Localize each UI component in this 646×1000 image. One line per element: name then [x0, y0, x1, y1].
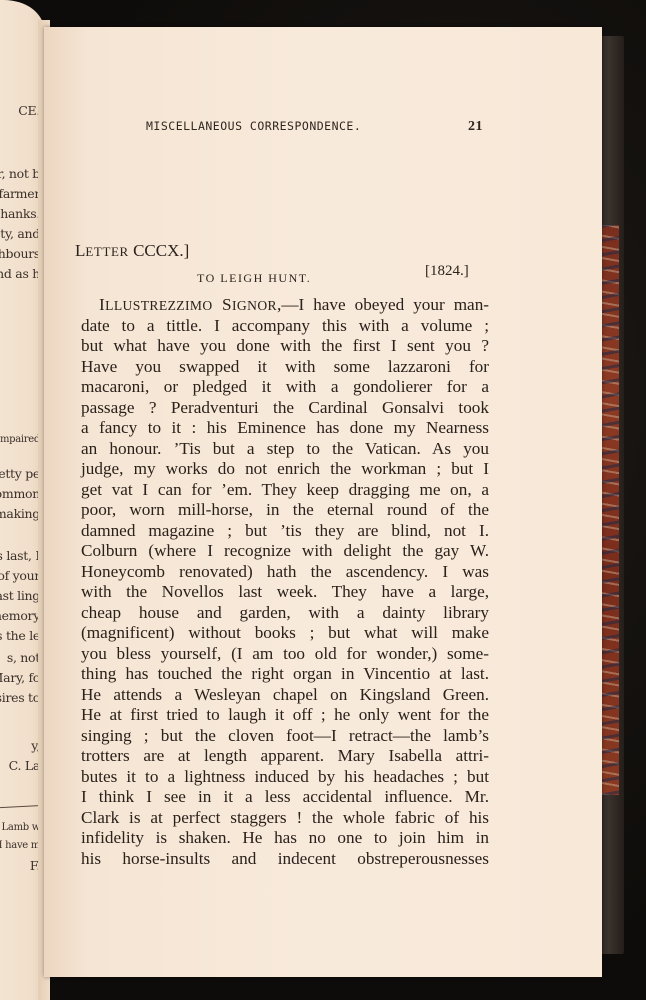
text-line: He attends a Wesleyan chapel on Kingslan… [81, 685, 489, 706]
left-page-fragment: CE. [18, 103, 40, 118]
text-line: poor, worn mill-horse, in the eternal ro… [81, 500, 489, 521]
left-page-fragment: making [0, 506, 40, 521]
addressee: TO LEIGH HUNT. [197, 271, 311, 286]
text-line: Colburn (where I recognize with delight … [81, 541, 489, 562]
salutation-line: ILLUSTREZZIMO SIGNOR,—I have obeyed your… [81, 295, 489, 316]
text-line: trotters are at length apparent. Mary Is… [81, 746, 489, 767]
left-page-fragment: Mary, fo [0, 670, 40, 685]
salutation-cap: S [213, 295, 232, 314]
left-page-fragment: of your [0, 568, 40, 583]
left-page-fragment: ghbours [0, 246, 40, 261]
text-line: infidelity is shaken. He has no one to j… [81, 828, 489, 849]
left-page-fragment: g memory [0, 608, 40, 623]
left-page-fragment: r, not b [0, 166, 40, 181]
text-line: judge, my works do not enrich the workma… [81, 459, 489, 480]
left-page-fragment: as Lamb w [0, 822, 40, 833]
left-page-fragment: and as h [0, 266, 40, 281]
right-page: MISCELLANEOUS CORRESPONDENCE. 21 LETTER … [44, 27, 602, 977]
salutation-smallcaps: IGNOR [232, 298, 277, 313]
letter-number: LETTER CCCX.] [75, 241, 189, 261]
text-line: cheap house and garden, with a dainty li… [81, 603, 489, 624]
running-head-title: MISCELLANEOUS CORRESPONDENCE. [146, 119, 361, 133]
left-page-fragment: common [0, 486, 40, 501]
text-line: an honour. ’Tis but a step to the Vatica… [81, 439, 489, 460]
book-photo: CE.r, not bfarmerhanks.pty, andghboursan… [0, 0, 646, 1000]
text-line: passage ? Peradventuri the Cardinal Gons… [81, 398, 489, 419]
left-page-fragment: last ling [0, 588, 40, 603]
left-page-fragment: C. La [9, 758, 40, 773]
text-line: Have you swapped it with some lazzaroni … [81, 357, 489, 378]
text-line: you bless yourself, (I am too old for wo… [81, 644, 489, 665]
left-page-fragment: s, not [7, 650, 40, 665]
text-line: singing ; but the cloven foot—I retract—… [81, 726, 489, 747]
left-page-fragment: s the le [0, 628, 40, 643]
text-line: damned magazine ; but ’tis they are blin… [81, 521, 489, 542]
text-line: thing has touched the right organ in Vin… [81, 664, 489, 685]
left-page-fragment: uch impaired [0, 434, 40, 445]
text-line: Honeycomb renovated) hath the ascendency… [81, 562, 489, 583]
text-line: macaroni, or pledged it with a gondolier… [81, 377, 489, 398]
body-lines: date to a tittle. I accompany this with … [81, 316, 489, 870]
salutation-smallcaps: LLUSTREZZIMO [105, 298, 213, 313]
left-page-fragment: s last, I [0, 548, 40, 563]
left-page-fragment: hanks. [0, 206, 40, 221]
left-page-fragment: “I have m [0, 840, 40, 851]
text-line: (magnificent) without books ; but what w… [81, 623, 489, 644]
text-line: I think I see in it a less accidental in… [81, 787, 489, 808]
text-line: date to a tittle. I accompany this with … [81, 316, 489, 337]
left-page-fragment: farmer [0, 186, 40, 201]
text-line: but what have you done with the first I … [81, 336, 489, 357]
letter-date: [1824.] [425, 263, 469, 280]
text-line: his horse-insults and indecent obstreper… [81, 849, 489, 870]
page-number: 21 [468, 119, 483, 135]
text-line: with the Novellos last week. They have a… [81, 582, 489, 603]
letter-label-smallcaps: ETTER [85, 244, 128, 259]
letter-label-initial: L [75, 241, 85, 260]
text-line: He at first tried to laugh it off ; he o… [81, 705, 489, 726]
salutation-text: ,—I have obeyed your man- [277, 295, 489, 314]
text-line: a fancy to it : his Eminence has done my… [81, 418, 489, 439]
text-line: Clark is at perfect staggers ! the whole… [81, 808, 489, 829]
left-page-fragment: pty, and [0, 226, 40, 241]
text-line: butes it to a lightness induced by his h… [81, 767, 489, 788]
letter-body: ILLUSTREZZIMO SIGNOR,—I have obeyed your… [81, 295, 489, 869]
text-line: get vat I can for ’em. They keep draggin… [81, 480, 489, 501]
left-page-fragment: desires to [0, 690, 40, 705]
letter-label-number: CCCX.] [129, 241, 189, 260]
marbled-endpaper [601, 225, 619, 795]
left-page-fragment: pretty pe [0, 466, 40, 481]
